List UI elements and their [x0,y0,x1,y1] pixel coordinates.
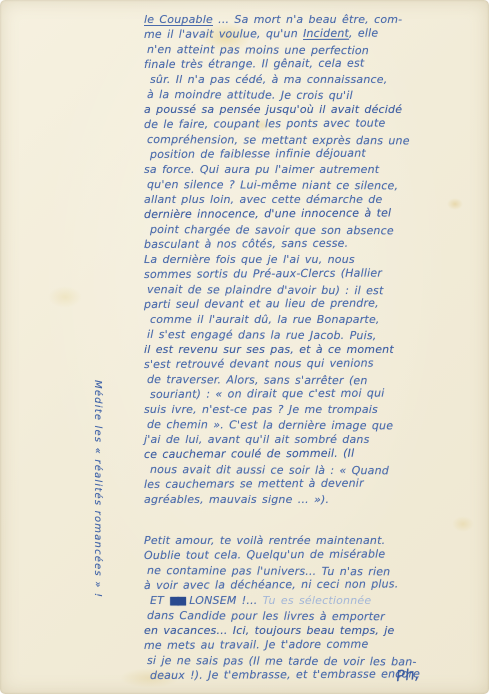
handwritten-line: à voir avec la déchéance, ni ceci non pl… [144,576,482,593]
handwritten-line: dernière innocence, d'une innocence à te… [144,205,482,222]
handwritten-line: me mets au travail. Je t'adore comme [144,636,482,653]
handwritten-line: sa force. Qui aura pu l'aimer autrement [144,162,482,177]
handwritten-line: parti seul devant et au lieu de prendre, [144,295,482,312]
handwritten-line: position de faiblesse infinie déjouant [150,145,482,162]
handwritten-line: comme il l'aurait dû, la rue Bonaparte, [150,312,482,327]
handwritten-line: il s'est engagé dans la rue Jacob. Puis, [147,327,482,344]
handwritten-line: dans Candide pour les livres à emporter [147,608,482,625]
paragraph-0: le Coupable ... Sa mort n'a beau être, c… [144,12,482,252]
handwritten-line: qu'en silence ? Lui-même niant ce silenc… [147,177,482,194]
handwritten-line: ce cauchemar coulé de sommeil. (Il [144,445,482,462]
letter-paper: Médite les « réalités romancées » ! le C… [0,0,489,694]
handwritten-line: ET ■■ LONSEM !... Tu es sélectionnée [150,593,482,608]
signature: Ph, [395,665,420,685]
paragraph-2: Petit amour, te voilà rentrée maintenant… [144,533,482,683]
handwritten-line: agréables, mauvais signe ... »). [144,492,482,507]
handwritten-line: sommes sortis du Pré-aux-Clercs (Hallier [144,265,482,282]
handwritten-line: s'est retrouvé devant nous qui venions [144,355,482,372]
handwritten-line: me il l'avait voulue, qu'un Incident, el… [144,25,482,42]
handwritten-line: deaux !). Je t'embrasse, et t'embrasse e… [150,666,482,683]
handwritten-line: de le faire, coupant les ponts avec tout… [144,115,482,132]
handwritten-line: Oublie tout cela. Quelqu'un de misérable [144,546,482,563]
handwritten-line: les cauchemars se mettent à devenir [144,475,482,492]
letter-body: le Coupable ... Sa mort n'a beau être, c… [144,12,482,683]
handwritten-line: basculant à nos côtés, sans cesse. [144,235,482,252]
paragraph-1: La dernière fois que je l'ai vu, noussom… [144,252,482,507]
handwritten-line: à la moindre attitude. Je crois qu'il [147,87,482,104]
handwritten-line: suis ivre, n'est-ce pas ? Je me trompais [144,402,482,417]
handwritten-line: de chemin ». C'est la dernière image que [147,417,482,434]
handwritten-line: sûr. Il n'a pas cédé, à ma connaissance, [150,72,482,87]
handwritten-line: finale très étrange. Il gênait, cela est [144,55,482,72]
handwritten-line: souriant) : « on dirait que c'est moi qu… [150,385,482,402]
margin-note: Médite les « réalités romancées » ! [92,380,103,680]
paper-stain [48,286,82,308]
